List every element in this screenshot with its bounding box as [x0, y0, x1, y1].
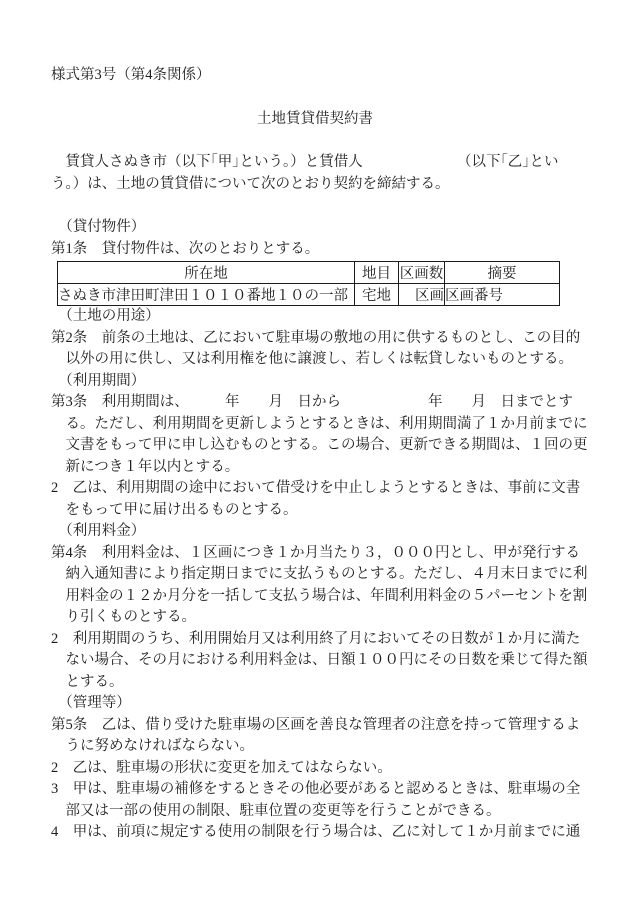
- article-5-opening: 第5条 乙は、借り受けた駐車場の区画を善良な管理者の注意を持って管理するよ: [51, 715, 579, 737]
- article-3-opening-date-blanks: 第3条 利用期間は、 年 月 日から 年 月 日までとす: [51, 392, 579, 414]
- article-4-paragraph-2-line: とする。: [51, 672, 579, 694]
- article-5-paragraph-3-line: 部又は一部の使用の制限、駐車位置の変更等を行うことができる。: [51, 801, 579, 823]
- section-label-lease-property: （貸付物件）: [51, 217, 579, 239]
- property-table: 所在地 地目 区画数 摘要 さぬき市津田町津田１０１０番地１０の一部 宅地 区画…: [57, 261, 560, 306]
- article-5-paragraph-3: 3 甲は、駐車場の補修をするときその他必要があると認めるときは、駐車場の全: [51, 779, 579, 801]
- article-1-opening: 第1条 貸付物件は、次のとおりとする。: [51, 239, 579, 261]
- column-header-location: 所在地: [58, 262, 355, 284]
- article-4-line: 用料金の１２か月分を一括して支払う場合は、年間利用料金の５パーセントを割: [51, 586, 579, 608]
- intro-line: 賃貸人さぬき市（以下｢甲｣という。）と賃借人 （以下｢乙｣とい: [51, 152, 579, 174]
- cell-remarks: 区画番号: [445, 284, 560, 306]
- document-title: 土地賃貸借契約書: [51, 109, 579, 131]
- table-row: さぬき市津田町津田１０１０番地１０の一部 宅地 区画 区画番号: [58, 284, 560, 306]
- section-label-land-use: （土地の用途）: [51, 306, 579, 328]
- column-header-lot-count: 区画数: [399, 262, 445, 284]
- cell-land-category: 宅地: [355, 284, 399, 306]
- article-2-opening: 第2条 前条の土地は、乙において駐車場の敷地の用に供するものとし、この目的: [51, 328, 579, 350]
- article-5-paragraph-2: 2 乙は、駐車場の形状に変更を加えてはならない。: [51, 758, 579, 780]
- column-header-remarks: 摘要: [445, 262, 560, 284]
- section-label-use-period: （利用期間）: [51, 371, 579, 393]
- article-4-paragraph-2: 2 利用期間のうち、利用開始月又は利用終了月においてその日数が１か月に満た: [51, 629, 579, 651]
- article-4-line: 納入通知書により指定期日までに支払うものとする。ただし、４月末日までに利: [51, 564, 579, 586]
- form-number: 様式第3号（第4条関係）: [51, 65, 579, 87]
- article-3-paragraph-2: 2 乙は、利用期間の途中において借受けを中止しようとするときは、事前に文書: [51, 478, 579, 500]
- article-5-line: うに努めなければならない。: [51, 736, 579, 758]
- cell-lot-count: 区画: [399, 284, 445, 306]
- article-3-line: 新につき１年以内とする。: [51, 457, 579, 479]
- intro-line: う。）は、土地の賃貸借について次のとおり契約を締結する。: [51, 174, 579, 196]
- section-label-management: （管理等）: [51, 693, 579, 715]
- article-4-line: り引くものとする。: [51, 607, 579, 629]
- table-header-row: 所在地 地目 区画数 摘要: [58, 262, 560, 284]
- section-label-usage-fee: （利用料金）: [51, 521, 579, 543]
- article-4-paragraph-2-line: ない場合、その月における利用料金は、日額１００円にその日数を乗じて得た額: [51, 650, 579, 672]
- article-3-paragraph-2-line: をもって甲に届け出るものとする。: [51, 500, 579, 522]
- article-3-line: る。ただし、利用期間を更新しようとするときは、利用期間満了１か月前までに: [51, 414, 579, 436]
- article-4-opening: 第4条 利用料金は、１区画につき１か月当たり３，０００円とし、甲が発行する: [51, 543, 579, 565]
- cell-location: さぬき市津田町津田１０１０番地１０の一部: [58, 284, 355, 306]
- article-3-line: 文書をもって甲に申し込むものとする。この場合、更新できる期間は、１回の更: [51, 435, 579, 457]
- document-page: 様式第3号（第4条関係） 土地賃貸借契約書 賃貸人さぬき市（以下｢甲｣という。）…: [0, 0, 630, 915]
- column-header-land-category: 地目: [355, 262, 399, 284]
- article-2-line: 以外の用に供し、又は利用権を他に譲渡し、若しくは転貸しないものとする。: [51, 349, 579, 371]
- article-5-paragraph-4: 4 甲は、前項に規定する使用の制限を行う場合は、乙に対して１か月前までに通: [51, 822, 579, 844]
